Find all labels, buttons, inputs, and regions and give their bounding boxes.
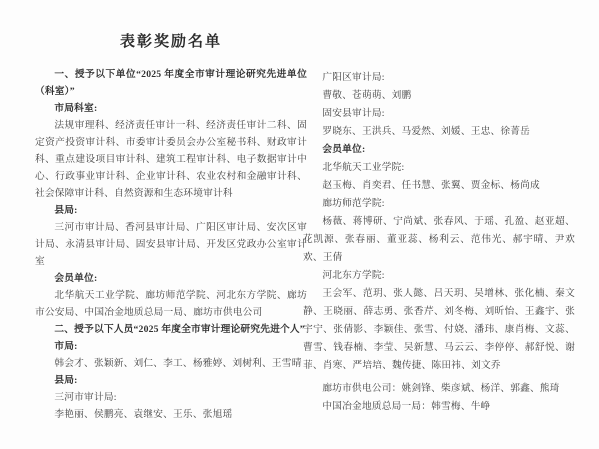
document-title: 表彰奖励名单 bbox=[35, 30, 307, 51]
label-member-units: 会员单位: bbox=[35, 270, 307, 287]
label-guangyang-audit-bureau: 广阳区审计局: bbox=[303, 69, 575, 87]
section-1-heading: 一、授予以下单位“2025 年度全市审计理论研究先进单位（科室）” bbox=[35, 66, 307, 100]
right-column: 广阳区审计局: 曹敬、苍萌萌、刘鹏 固安县审计局: 罗晓东、王洪兵、马爱然、刘媛… bbox=[303, 69, 575, 416]
label-city-bureau-departments: 市局科室: bbox=[35, 100, 307, 117]
section-2-heading: 二、授予以下人员“2025 年度全市审计理论研究先进个人” bbox=[35, 321, 307, 338]
list-member-units: 北华航天工业学院、廊坊师范学院、河北东方学院、廊坊市公安局、中国冶金地质总局一局… bbox=[35, 287, 307, 321]
label-city-bureau-individuals: 市局: bbox=[35, 338, 307, 355]
list-guangyang-audit-bureau-names: 曹敬、苍萌萌、刘鹏 bbox=[303, 87, 575, 105]
line-china-metallurgical-geology-bureau: 中国冶金地质总局一局：韩雪梅、牛峥 bbox=[303, 398, 575, 416]
document-page: 表彰奖励名单 一、授予以下单位“2025 年度全市审计理论研究先进单位（科室）”… bbox=[0, 0, 599, 449]
list-county-bureaus: 三河市审计局、香河县审计局、广阳区审计局、安次区审计局、永清县审计局、固安县审计… bbox=[35, 219, 307, 270]
list-hebei-oriental-names: 王会军、范玥、张人懿、吕天玥、吴增林、张化楠、秦文静、王晓丽、薛志勇、张香芹、刘… bbox=[303, 285, 575, 375]
list-north-china-aerospace-names: 赵玉梅、肖奕君、任书慧、张翼、贾金标、杨尚成 bbox=[303, 177, 575, 195]
list-city-bureau-individuals: 韩会才、张颖新、刘仁、李工、杨雅婷、刘树利、王雪晴 bbox=[35, 355, 307, 372]
label-north-china-aerospace-institute: 北华航天工业学院: bbox=[303, 159, 575, 177]
list-city-bureau-departments: 法规审理科、经济责任审计一科、经济责任审计二科、固定资产投资审计科、市委审计委员… bbox=[35, 117, 307, 202]
label-member-units-individuals: 会员单位: bbox=[303, 141, 575, 159]
label-county-bureaus: 县局: bbox=[35, 202, 307, 219]
label-hebei-oriental-university: 河北东方学院: bbox=[303, 267, 575, 285]
label-county-bureau-individuals: 县局: bbox=[35, 372, 307, 389]
line-langfang-power-supply-company: 廊坊市供电公司：姚剑锋、柴彦斌、杨洋、郭鑫、熊琦 bbox=[303, 380, 575, 398]
list-langfang-normal-names: 杨薇、蒋博研、宁尚斌、张春风、于瑶、孔盈、赵亚超、花凯源、张春丽、董亚蕊、杨利云… bbox=[303, 213, 575, 267]
label-guan-audit-bureau: 固安县审计局: bbox=[303, 105, 575, 123]
list-sanhe-audit-bureau-names: 李艳丽、侯鹏亮、袁继安、王乐、张旭瑶 bbox=[35, 406, 307, 423]
list-guan-audit-bureau-names: 罗晓东、王洪兵、马爱然、刘媛、王忠、徐菁岳 bbox=[303, 123, 575, 141]
label-sanhe-audit-bureau: 三河市审计局: bbox=[35, 389, 307, 406]
label-langfang-normal-university: 廊坊师范学院: bbox=[303, 195, 575, 213]
left-column: 表彰奖励名单 一、授予以下单位“2025 年度全市审计理论研究先进单位（科室）”… bbox=[35, 30, 307, 423]
